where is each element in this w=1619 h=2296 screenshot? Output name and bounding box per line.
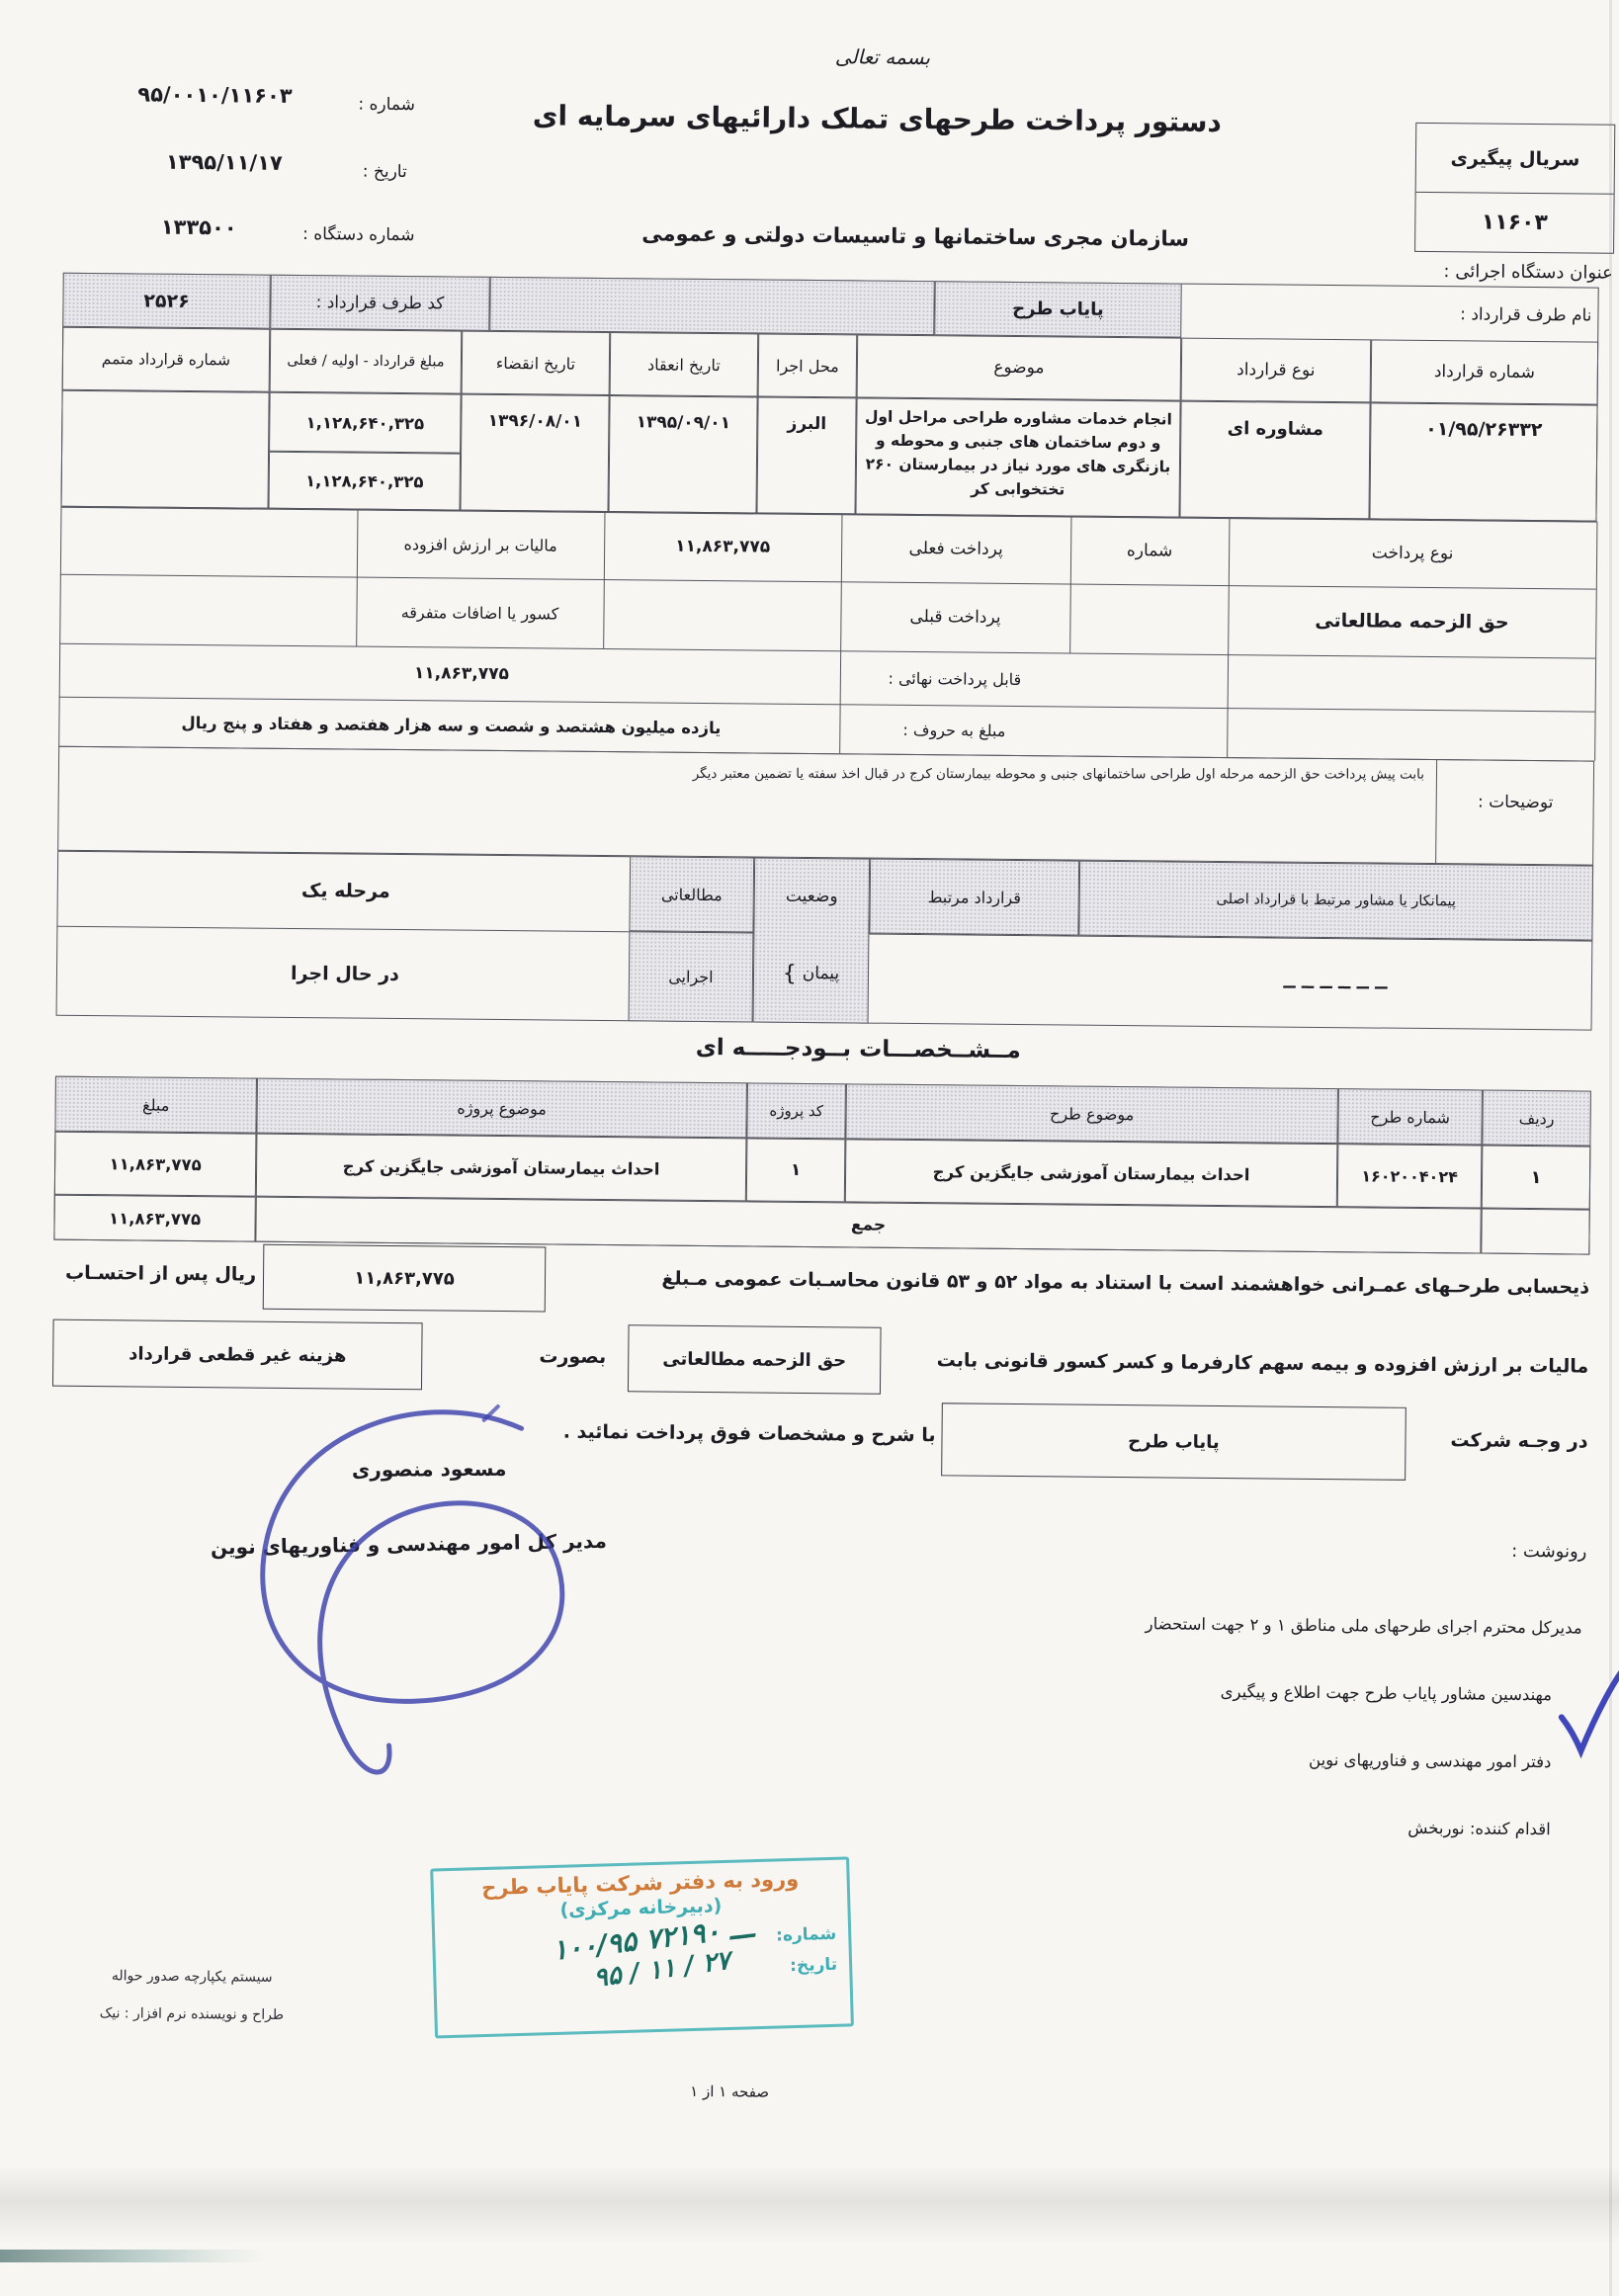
scan-artifact-strip [0, 2250, 265, 2262]
payment-type-value: حق الزحمه مطالعاتی [1228, 585, 1596, 658]
request-line3-a: در وجـه شرکت [1429, 1429, 1587, 1453]
related-contract-label: قرارداد مرتبط [869, 859, 1079, 936]
budget-col-project-subject: موضوع پروژه [256, 1078, 747, 1139]
notes-label: توضیحات : [1444, 792, 1587, 812]
doc-number-label: شماره : [358, 95, 467, 116]
contract-amount-current: ۱,۱۲۸,۶۴۰,۳۲۵ [269, 452, 462, 511]
col-expire-date: تاریخ انقضاء [462, 331, 611, 395]
col-contract-type: نوع قرارداد [1181, 338, 1372, 403]
study-label: مطالعاتی [629, 856, 754, 932]
budget-row-project-code: ۱ [746, 1138, 846, 1202]
footer-author-line: طراح و نویسنده نرم افزار : نیک [43, 2005, 340, 2024]
doc-number-value: ۹۵/۰۰۱۰/۱۱۶۰۳ [76, 82, 353, 109]
page-number: صفحه ۱ از ۱ [631, 2082, 828, 2101]
request-expense-box: هزینه غیر قطعی قرارداد [52, 1319, 423, 1391]
line [58, 507, 61, 746]
related-party-label: پیمانکار یا مشاور مرتبط با قرارداد اصلی [1078, 861, 1593, 941]
request-company-box: پایاب طرح [941, 1403, 1406, 1481]
payment-current-value: ۱۱,۸۶۳,۷۷۵ [604, 512, 842, 581]
budget-col-plan-no: شماره طرح [1337, 1088, 1483, 1145]
budget-col-amount: مبلغ [54, 1076, 257, 1134]
copy-item: مدیرکل محترم اجرای طرحهای ملی مناطق ۱ و … [883, 1612, 1582, 1638]
party-name-value: پایاب طرح [934, 281, 1182, 337]
budget-row-plan-no: ۱۶۰۲۰۰۴۰۲۴ [1337, 1144, 1483, 1208]
col-location: محل اجرا [758, 333, 858, 397]
payment-final-value: ۱۱,۸۶۳,۷۷۵ [279, 645, 645, 703]
budget-col-row: ردیف [1482, 1090, 1591, 1147]
copy-item: دفتر امور مهندسی و فناوریهای نوین [1078, 1748, 1551, 1772]
budget-total-amount: ۱۱,۸۶۳,۷۷۵ [53, 1195, 255, 1242]
contract-supplement-empty [61, 390, 270, 509]
payment-previous-label: پرداخت قبلی [840, 581, 1070, 652]
contract-number-value: ۰۱/۹۵/۲۶۳۳۲ [1369, 402, 1597, 521]
stamp-date-label: تاریخ: [790, 1955, 838, 1976]
scan-shadow-band [0, 2167, 1619, 2244]
budget-row-index: ۱ [1482, 1146, 1591, 1210]
contract-subject-value: انجام خدمات مشاوره طراحی مراحل اول و دوم… [855, 397, 1180, 517]
request-line2-b: بصورت [521, 1345, 624, 1368]
request-fee-box: حق الزحمه مطالعاتی [628, 1324, 882, 1394]
serial-value: ۱۱۶۰۳ [1415, 193, 1614, 252]
stage-value: مرحله یک [118, 851, 573, 930]
amount-words-value: یازده میلیون هشتصد و شصت و سه هزار هفتصد… [90, 697, 811, 753]
exec-device-label: عنوان دستگاه اجرائی : [1321, 260, 1617, 284]
copy-item: مهندسین مشاور پایاب طرح جهت اطلاع و پیگی… [980, 1680, 1552, 1705]
col-contract-number: شماره قرارداد [1371, 339, 1599, 404]
budget-row-project-subject: احداث بیمارستان آموزشی جایگزین کرج [256, 1134, 747, 1202]
pact-state-top: وضعیت [754, 858, 869, 934]
notes-text: بابت پیش پرداخت حق الزحمه مرحله اول طراح… [436, 766, 1424, 783]
budget-row-amount: ۱۱,۸۶۳,۷۷۵ [54, 1132, 257, 1197]
brace-glyph: { [783, 961, 797, 985]
device-number-value: ۱۳۳۵۰۰ [105, 214, 293, 240]
budget-col-project-code: کد پروژه [746, 1082, 846, 1139]
payment-number-label: شماره [1070, 517, 1230, 586]
form-title: دستور پرداخت طرحهای تملک دارائیهای سرمای… [452, 98, 1302, 138]
footer-system-line: سیستم یکپارچه صدور حواله [58, 1968, 325, 1987]
party-code-value: ۲۵۲۶ [62, 273, 271, 329]
request-line2-a: مالیات بر ارزش افزوده و بیمه سهم کارفرما… [885, 1349, 1588, 1378]
exec-label: اجرایی [629, 931, 754, 1022]
related-party-value: ــ ــ ــ ــ ــ ــ [1078, 936, 1593, 1031]
request-line1-b: ریال پس از احتسـاب [53, 1262, 256, 1286]
device-number-label: شماره دستگاه : [302, 224, 485, 246]
scan-edge-line [1609, 0, 1612, 2296]
pact-state-bottom: پیمان [803, 964, 840, 983]
col-supplement: شماره قرارداد متمم [62, 327, 271, 392]
budget-title: مــشــخصـــات بــودجـــــه ای [552, 1034, 1164, 1065]
request-line1-a: ذیحسابی طرحـهای عمـرانی خواهشمند است با … [550, 1266, 1589, 1298]
signature-scribble [184, 1396, 642, 1795]
payment-final-label: قابل پرداخت نهائی : [840, 650, 1070, 706]
stamp-number-label: شماره: [776, 1923, 837, 1945]
entry-stamp: ورود به دفتر شرکت پایاب طرح (دبیرخانه مر… [430, 1856, 854, 2038]
col-amount: مبلغ قرارداد - اولیه / فعلی [270, 329, 463, 394]
org-title: سازمان مجری ساختمانها و تاسیسات دولتی و … [540, 220, 1291, 251]
budget-total-empty [1481, 1209, 1589, 1255]
contract-type-value: مشاوره ای [1179, 401, 1370, 520]
progress-value: در حال اجرا [118, 926, 573, 1020]
request-amount-box: ۱۱,۸۶۳,۷۷۵ [263, 1244, 547, 1313]
party-code-label: کد طرف قرارداد : [270, 275, 490, 331]
pact-state-cell: وضعیت پیمان { [753, 857, 871, 1023]
contract-amount-initial: ۱,۱۲۸,۶۴۰,۳۲۵ [269, 392, 462, 454]
scanned-form: بسمه تعالی دستور پرداخت طرحهای تملک دارا… [0, 0, 1619, 2296]
col-subject: موضوع [857, 334, 1182, 400]
contract-location-value: البرز [756, 396, 856, 514]
payment-type-label: نوع پرداخت [1229, 518, 1597, 589]
notes-box [57, 746, 1594, 866]
copy-item: اقدام کننده: نوربخش [1128, 1816, 1551, 1838]
payment-current-label: پرداخت فعلی [841, 514, 1071, 583]
shaded-filler [489, 277, 935, 335]
budget-col-plan-subject: موضوع طرح [845, 1083, 1338, 1144]
contract-sign-date-value: ۱۳۹۵/۰۹/۰۱ [608, 395, 757, 513]
vat-label: مالیات بر ارزش افزوده [357, 510, 605, 579]
amount-words-label: مبلغ به حروف : [839, 704, 1068, 755]
copies-label: رونوشت : [1454, 1540, 1586, 1562]
col-sign-date: تاریخ انعقاد [610, 332, 759, 396]
doc-date-label: تاریخ : [363, 162, 462, 183]
contract-expire-date-value: ۱۳۹۶/۰۸/۰۱ [460, 394, 609, 512]
deductions-label: کسور یا اضافات متفرقه [356, 577, 604, 648]
basmala: بسمه تعالی [789, 44, 977, 70]
budget-row-plan-subject: احداث بیمارستان آموزشی جایگزین کرج [845, 1139, 1338, 1207]
party-name-label: نام طرف قرارداد : [1389, 304, 1591, 326]
serial-box: سریال پیگیری ۱۱۶۰۳ [1414, 123, 1615, 254]
serial-label: سریال پیگیری [1416, 124, 1615, 195]
doc-date-value: ۱۳۹۵/۱۱/۱۷ [96, 149, 353, 175]
